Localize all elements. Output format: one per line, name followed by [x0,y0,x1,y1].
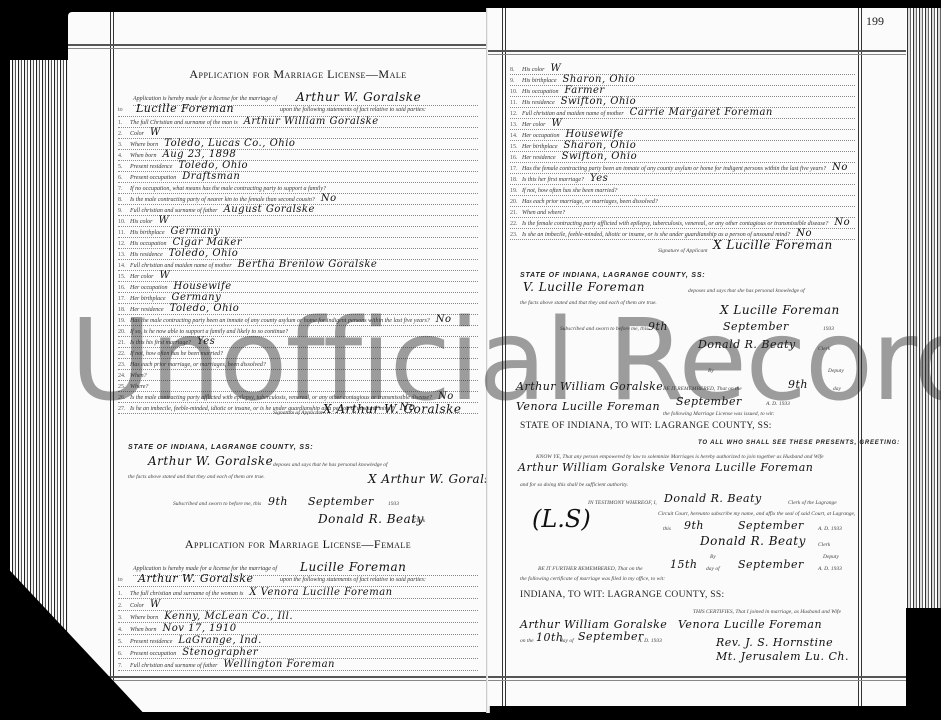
field-label: Is the male contracting party afflicted … [130,395,432,401]
further-label: BE IT FURTHER REMEMBERED, That on the [538,566,643,572]
field-value: Arthur William Goralske [244,116,379,127]
right-page: 8.His colorW9.His birthplaceSharon, Ohio… [488,8,906,706]
female-oath-text: deposes and says that she has personal k… [688,288,805,294]
couple-bride: Venora Lucille Foreman [516,400,660,413]
male-subscribed-day: 9th [268,495,288,508]
field-value: August Goralske [224,204,315,215]
license-month: September [738,519,804,532]
form-field-row: 4.When bornNov 17, 1910 [118,623,478,635]
field-label: His residence [522,100,555,106]
field-number: 27. [118,404,130,415]
field-label: Full christian and maiden name of mother [522,111,624,117]
male-oath-text2: the facts above stated and that they and… [128,474,265,480]
field-value: Toledo, Ohio [178,160,248,171]
male-signature-label: Signature of Applicant [273,410,323,416]
field-label: Full christian and maiden name of mother [130,263,232,269]
field-label: Where born [130,142,158,148]
field-value: Stenographer [182,647,258,658]
field-label: Has the female contracting party been an… [522,166,826,172]
field-label: Her residence [522,155,556,161]
field-label: His occupation [130,241,167,247]
field-value: Toledo, Lucas Co., Ohio [164,138,295,149]
margin-rule [858,8,859,706]
header-rule [68,48,488,49]
cert-month: September [578,630,644,643]
field-label: His color [130,219,153,225]
female-clerk-label: Clerk [818,346,830,352]
cert-on-label: on the [520,638,534,644]
state-heading-male: STATE OF INDIANA, LAGRANGE COUNTY, SS: [128,444,313,451]
form-field-row: 2.ColorW [118,599,478,611]
female-oath-name: V. Lucille Foreman [523,280,645,294]
testimony-suffix: Clerk of the Lagrange [788,500,837,506]
female-to-name: Arthur W. Goralske [138,572,254,585]
male-subscribed-year: 1933 [388,501,399,507]
female-application-title: Application for Marriage License—Female [118,537,478,552]
female-signature: X Lucille Foreman [713,238,833,252]
female-subscribed-label: Subscribed and sworn to before me, this [560,326,648,332]
male-application-title: Application for Marriage License—Male [118,67,478,82]
field-label: If not, how often has he been married? [130,351,223,357]
field-value: Yes [197,336,215,347]
field-value: X Venora Lucille Foreman [249,587,392,598]
footer-rule [488,676,906,678]
field-value: Draftsman [182,171,240,182]
page-number: 199 [866,14,884,29]
field-value: Toledo, Ohio [170,303,240,314]
female-subscribed-month: September [723,320,789,333]
field-label: Color [130,131,144,137]
field-label: Is the male contracting party of nearer … [130,197,315,203]
field-label: Has the male contracting party been an i… [130,318,430,324]
margin-rule [505,8,506,706]
field-value: Yes [590,173,608,184]
field-label: Has each prior marriage, or marriages, b… [130,362,266,368]
form-field-row: 6.Present occupationStenographer [118,647,478,659]
field-label: His occupation [522,89,559,95]
field-value: W [150,127,161,138]
form-field-row: 1.The full christian and surname of the … [118,587,478,599]
further-month: September [738,558,804,571]
testimony-name: Donald R. Beaty [664,492,762,505]
officiant-church: Mt. Jerusalem Lu. Ch. [716,650,849,663]
state-heading-female: STATE OF INDIANA, LAGRANGE COUNTY, SS: [520,272,705,279]
form-field-row: 3.Where bornKenny, McLean Co., Ill. [118,611,478,623]
field-label: The full Christian and surname of the ma… [130,120,238,126]
field-value: W [159,215,170,226]
margin-rule [502,8,503,706]
remembered-label: BE IT REMEMBERED, That on the [663,386,742,392]
license-deputy-label: By [710,554,716,560]
male-subscribed-label: Subscribed and sworn to before me, this [173,501,261,507]
male-oath-text: deposes and says that he has personal kn… [273,462,388,468]
field-value: No [321,193,337,204]
field-label: When? [130,373,147,379]
field-label: Her occupation [130,285,168,291]
field-value: Nov 17, 1910 [163,623,237,634]
testimony-text: Circuit Court, hereunto subscribe my nam… [658,511,855,517]
header-rule [488,54,906,55]
field-value: Swifton, Ohio [561,96,637,107]
field-value: W [160,270,171,281]
field-label: Her residence [130,307,164,313]
field-label: Is this his first marriage? [130,340,191,346]
license-day: 9th [684,519,704,532]
field-value: Kenny, McLean Co., Ill. [164,611,293,622]
field-value: Aug 23, 1898 [163,149,237,160]
authority-text: and for so doing this shall be sufficien… [520,482,628,488]
field-value: Swifton, Ohio [562,151,638,162]
know-ye-text: KNOW YE, That any person empowered by la… [536,454,824,460]
field-value: W [150,599,161,610]
field-label: Her birthplace [130,296,166,302]
male-subscribed-month: September [308,495,374,508]
field-label: Present occupation [130,175,176,181]
remembered-day-suffix: day [833,386,841,392]
field-value: LaGrange, Ind. [178,635,261,646]
field-label: If not, how often has she been married? [522,188,617,194]
field-label: Her color [130,274,154,280]
field-label: If no occupation, what means has the mal… [130,186,326,192]
further-text: the following certificate of marriage wa… [520,576,665,582]
female-deputy-label: By [708,368,714,374]
field-value: Bertha Brenlow Goralske [238,259,378,270]
field-value: Housewife [566,129,624,140]
female-intro-name: Lucille Foreman [300,560,406,574]
officiant-signature: Rev. J. S. Hornstine [716,636,833,649]
cert-day-suffix: day of [560,638,574,644]
field-label: If so, is he now able to support a famil… [130,329,288,335]
testimony-label: IN TESTIMONY WHEREOF, I, [588,500,657,506]
header-rule [68,44,488,46]
field-label: Her birthplace [522,144,558,150]
field-label: His color [522,67,545,73]
field-value: No [436,314,452,325]
male-to-name: Lucille Foreman [136,102,234,115]
greeting: TO ALL WHO SHALL SEE THESE PRESENTS, GRE… [698,440,900,446]
header-rule [488,50,906,52]
field-label: Has each prior marriage, or marriages, b… [522,199,658,205]
field-label: Where? [130,384,148,390]
book-shadow [0,560,150,720]
page-stack-right [905,8,941,608]
field-value: Carrie Margaret Foreman [630,107,773,118]
female-clerk-signature: Donald R. Beaty [698,338,796,351]
certify-text: THIS CERTIFIES, That I joined in marriag… [693,609,841,615]
field-value: No [834,217,850,228]
license-deputy-suffix: Deputy [823,554,839,560]
field-label: Is the female contracting party afflicte… [522,221,828,227]
license-clerk-label: Clerk [818,542,830,548]
field-value: No [438,391,454,402]
remembered-day: 9th [788,378,808,391]
field-label: His residence [130,252,163,258]
license-year: A. D. 1933 [818,526,842,532]
field-value: W [551,63,562,74]
field-label: His birthplace [130,230,165,236]
male-signature: X Arthur W. Goralske [323,402,462,416]
remembered-month: September [676,395,742,408]
field-value: Wellington Foreman [224,659,335,670]
female-subscribed-year: 1933 [823,326,834,332]
margin-rule [861,8,862,706]
further-year: A. D. 1933 [818,566,842,572]
license-date-label: this [663,526,671,532]
further-day: 15th [670,558,698,571]
female-oath-text2: the facts above stated and that they and… [520,300,657,306]
field-value: Farmer [565,85,605,96]
field-label: Is this her first marriage? [522,177,584,183]
form-field-row: 5.Present residenceLaGrange, Ind. [118,635,478,647]
field-value: Sharon, Ohio [564,140,637,151]
cert-bride: Venora Lucille Foreman [678,618,822,631]
seal-mark: (L.S) [532,505,591,533]
field-value: W [552,118,563,129]
field-number: 23. [510,230,522,241]
field-label: Her occupation [522,133,560,139]
field-value: Germany [172,292,222,303]
field-value: Germany [171,226,221,237]
cert-heading: INDIANA, TO WIT: LAGRANGE COUNTY, SS: [520,590,724,600]
field-label: When and where? [522,210,565,216]
female-signature-label: Signature of Applicant [658,248,708,254]
form-field-row: 7.Full christian and surname of fatherWe… [118,659,478,671]
field-value: Sharon, Ohio [563,74,636,85]
field-label: His birthplace [522,78,557,84]
field-label: Full christian and surname of father [130,208,218,214]
remembered-text: the following Marriage License was issue… [663,411,775,417]
male-oath-name: Arthur W. Goralske [148,454,273,468]
field-value: Cigar Maker [173,237,243,248]
male-clerk-label: Clerk [413,518,425,524]
license-clerk-signature: Donald R. Beaty [700,534,806,548]
field-label: Her color [522,122,546,128]
female-subscribed-day: 9th [648,320,668,333]
field-label: When born [130,153,157,159]
footer-rule [488,680,906,681]
female-oath-signature: X Lucille Foreman [720,303,840,317]
female-deputy-suffix: Deputy [828,368,844,374]
field-value: Housewife [174,281,232,292]
remembered-year: A. D. 1933 [766,401,790,407]
field-label: Present residence [130,164,172,170]
license-names: Arthur William Goralske Venora Lucille F… [518,461,813,474]
couple-groom: Arthur William Goralske [516,380,663,393]
field-value: Toledo, Ohio [169,248,239,259]
male-clerk-signature: Donald R. Beaty [318,512,424,526]
male-intro-name: Arthur W. Goralske [296,90,421,104]
cert-year: A. D. 1933 [638,638,662,644]
license-heading: STATE OF INDIANA, TO WIT: LAGRANGE COUNT… [520,421,772,431]
further-day-suffix: day of [706,566,720,572]
field-value: No [832,162,848,173]
